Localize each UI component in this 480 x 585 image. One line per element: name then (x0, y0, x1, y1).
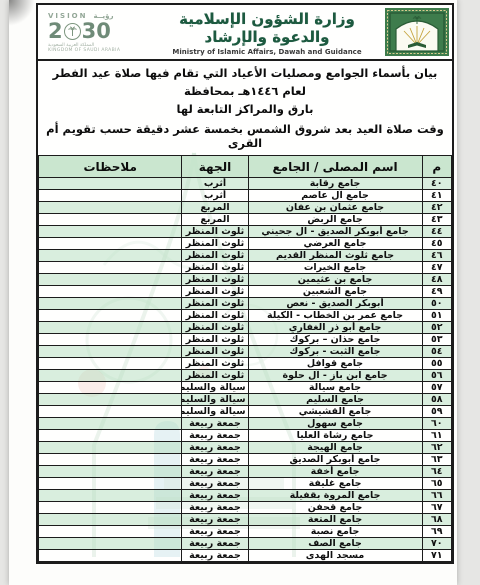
scanned-document-photo: { "header": { "vision_logo": { "vision_e… (0, 0, 480, 585)
cell-mosque-name: جامع الثبت - بركوك (248, 346, 422, 358)
table-row: ٥٩جامع القشيشيسيالة والسليم (39, 406, 452, 418)
table-row: ٦١جامع رشاة العلياجمعة ربيعة (39, 430, 452, 442)
mosque-table-body: ٤٠جامع رقابةأثرب٤١جامع آل عاصمأثرب٤٢جامع… (39, 178, 452, 562)
table-row: ٦٥جامع غليفةجمعة ربيعة (39, 478, 452, 490)
cell-notes (39, 322, 182, 334)
table-row: ٤٦جامع ثلوث المنظر القديمثلوث المنظر (39, 250, 452, 262)
table-row: ٦٣جامع أبوبكر الصديقجمعة ربيعة (39, 454, 452, 466)
cell-mosque-name: أبوبكر الصديق - نعص (248, 298, 422, 310)
header-mosque-name: اسم المصلى / الجامع (248, 156, 422, 178)
cell-notes (39, 394, 182, 406)
table-row: ٤٩جامع الشعبينثلوث المنظر (39, 286, 452, 298)
cell-mosque-name: جامع ثلوث المنظر القديم (248, 250, 422, 262)
cell-district: المربع (182, 214, 248, 226)
table-row: ٧٠جامع الصفجمعة ربيعة (39, 538, 452, 550)
ministry-name-block: وزارة الشؤون الإسلامية والدعوة والإرشاد … (150, 8, 384, 56)
cell-number: ٥٩ (422, 406, 452, 418)
cell-mosque-name: جامع القشيشي (248, 406, 422, 418)
cell-number: ٧١ (422, 550, 452, 562)
cell-district: جمعة ربيعة (182, 538, 248, 550)
cell-notes (39, 514, 182, 526)
table-row: ٥٠أبوبكر الصديق - نعصثلوث المنظر (39, 298, 452, 310)
document-frame: VISION رؤيــة 2 30 المملكة العربية السعو… (36, 3, 454, 564)
cell-number: ٤٢ (422, 202, 452, 214)
cell-mosque-name: جامع ابن باز - آل حلوة (248, 370, 422, 382)
cell-district: ثلوث المنظر (182, 226, 248, 238)
cell-mosque-name: جامع حذان – بركوك (248, 334, 422, 346)
cell-mosque-name: جامع سيالة (248, 382, 422, 394)
cell-district: جمعة ربيعة (182, 454, 248, 466)
table-row: ٦٤جامع أخفةجمعة ربيعة (39, 466, 452, 478)
cell-district: ثلوث المنظر (182, 310, 248, 322)
cell-number: ٥٨ (422, 394, 452, 406)
cell-notes (39, 526, 182, 538)
cell-number: ٥٦ (422, 370, 452, 382)
table-row: ٤١جامع آل عاصمأثرب (39, 190, 452, 202)
table-row: ٤٢جامع عثمان بن عفانالمربع (39, 202, 452, 214)
cell-district: ثلوث المنظر (182, 370, 248, 382)
cell-district: جمعة ربيعة (182, 418, 248, 430)
cell-mosque-name: جامع غليفة (248, 478, 422, 490)
table-row: ٦٨جامع المتعةجمعة ربيعة (39, 514, 452, 526)
cell-mosque-name: جامع الهيجة (248, 442, 422, 454)
cell-district: ثلوث المنظر (182, 238, 248, 250)
table-row: ٦٩جامع نصبةجمعة ربيعة (39, 526, 452, 538)
cell-mosque-name: جامع رشاة العليا (248, 430, 422, 442)
cell-notes (39, 502, 182, 514)
cell-mosque-name: جامع أخفة (248, 466, 422, 478)
cell-mosque-name: جامع الخيرات (248, 262, 422, 274)
cell-district: جمعة ربيعة (182, 502, 248, 514)
cell-district: سيالة والسليم (182, 382, 248, 394)
table-row: ٦٧جامع قحفنجمعة ربيعة (39, 502, 452, 514)
table-row: ٥٤جامع الثبت - بركوكثلوث المنظر (39, 346, 452, 358)
cell-number: ٤١ (422, 190, 452, 202)
cell-mosque-name: جامع المتعة (248, 514, 422, 526)
cell-number: ٤٣ (422, 214, 452, 226)
cell-district: جمعة ربيعة (182, 526, 248, 538)
cell-number: ٤٦ (422, 250, 452, 262)
cell-notes (39, 262, 182, 274)
cell-number: ٦٥ (422, 478, 452, 490)
cell-notes (39, 478, 182, 490)
cell-district: جمعة ربيعة (182, 490, 248, 502)
table-row: ٤٣جامع الربضالمربع (39, 214, 452, 226)
cell-district: جمعة ربيعة (182, 478, 248, 490)
cell-district: ثلوث المنظر (182, 286, 248, 298)
cell-number: ٦٧ (422, 502, 452, 514)
kingdom-name-en: KINGDOM OF SAUDI ARABIA (48, 49, 150, 54)
title-line-2: بارق والمراكز التابعة لها (44, 100, 446, 118)
cell-number: ٤٨ (422, 274, 452, 286)
table-row: ٥٥جامع قوافلثلوث المنظر (39, 358, 452, 370)
table-row: ٥٢جامع أبو ذر الغفاريثلوث المنظر (39, 322, 452, 334)
cell-number: ٥٢ (422, 322, 452, 334)
cell-number: ٥٧ (422, 382, 452, 394)
cell-number: ٤٩ (422, 286, 452, 298)
cell-district: ثلوث المنظر (182, 358, 248, 370)
cell-district: أثرب (182, 190, 248, 202)
table-row: ٥٨جامع السليمسيالة والسليم (39, 394, 452, 406)
cell-notes (39, 178, 182, 190)
cell-district: جمعة ربيعة (182, 514, 248, 526)
table-row: ٧١مسجد الهدىجمعة ربيعة (39, 550, 452, 562)
cell-notes (39, 202, 182, 214)
cell-number: ٥١ (422, 310, 452, 322)
cell-notes (39, 418, 182, 430)
cell-district: ثلوث المنظر (182, 250, 248, 262)
cell-district: المربع (182, 202, 248, 214)
cell-notes (39, 370, 182, 382)
cell-mosque-name: جامع قحفن (248, 502, 422, 514)
table-row: ٥٣جامع حذان – بركوكثلوث المنظر (39, 334, 452, 346)
header-district: الجهة (182, 156, 248, 178)
cell-notes (39, 346, 182, 358)
document-page: VISION رؤيــة 2 30 المملكة العربية السعو… (9, 0, 457, 585)
cell-notes (39, 334, 182, 346)
cell-notes (39, 250, 182, 262)
table-row: ٦٢جامع الهيجةجمعة ربيعة (39, 442, 452, 454)
cell-district: جمعة ربيعة (182, 466, 248, 478)
cell-number: ٦٤ (422, 466, 452, 478)
cell-notes (39, 298, 182, 310)
cell-mosque-name: مسجد الهدى (248, 550, 422, 562)
cell-number: ٤٤ (422, 226, 452, 238)
ministry-name-english: Ministry of Islamic Affairs, Dawah and G… (150, 48, 384, 56)
vision-year-prefix: 2 (48, 21, 63, 42)
table-header-row: م اسم المصلى / الجامع الجهة ملاحظات (39, 156, 452, 178)
cell-district: ثلوث المنظر (182, 322, 248, 334)
cell-mosque-name: جامع عثمان بن عفان (248, 202, 422, 214)
cell-number: ٦٨ (422, 514, 452, 526)
cell-notes (39, 406, 182, 418)
document-header: VISION رؤيــة 2 30 المملكة العربية السعو… (38, 5, 452, 61)
table-row: ٤٨جامع بن عثيمينثلوث المنظر (39, 274, 452, 286)
cell-district: سيالة والسليم (182, 394, 248, 406)
cell-notes (39, 490, 182, 502)
cell-notes (39, 214, 182, 226)
cell-notes (39, 430, 182, 442)
cell-notes (39, 358, 182, 370)
cell-district: أثرب (182, 178, 248, 190)
palm-tree-glyph (68, 26, 77, 37)
cell-notes (39, 382, 182, 394)
cell-district: ثلوث المنظر (182, 298, 248, 310)
cell-notes (39, 286, 182, 298)
cell-number: ٦١ (422, 430, 452, 442)
cell-district: ثلوث المنظر (182, 334, 248, 346)
cell-number: ٤٥ (422, 238, 452, 250)
header-number: م (422, 156, 452, 178)
cell-notes (39, 310, 182, 322)
cell-mosque-name: جامع المروة بقفيلة (248, 490, 422, 502)
cell-district: ثلوث المنظر (182, 346, 248, 358)
cell-district: جمعة ربيعة (182, 442, 248, 454)
cell-district: جمعة ربيعة (182, 430, 248, 442)
table-row: ٦٦جامع المروة بقفيلةجمعة ربيعة (39, 490, 452, 502)
cell-notes (39, 442, 182, 454)
cell-notes (39, 190, 182, 202)
cell-district: جمعة ربيعة (182, 550, 248, 562)
vision-2030-year: 2 30 (48, 21, 150, 42)
cell-number: ٤٠ (422, 178, 452, 190)
cell-mosque-name: جامع بن عثيمين (248, 274, 422, 286)
vision-kingdom-text: المملكة العربية السعودية KINGDOM OF SAUD… (48, 44, 150, 53)
cell-number: ٤٧ (422, 262, 452, 274)
cell-mosque-name: جامع العرضي (248, 238, 422, 250)
ministry-name-arabic-calligraphy: وزارة الشؤون الإسلامية والدعوة والإرشاد (150, 10, 384, 46)
header-notes: ملاحظات (39, 156, 182, 178)
table-row: ٥١جامع عمر بن الخطاب - الكيلةثلوث المنظر (39, 310, 452, 322)
cell-mosque-name: جامع الربض (248, 214, 422, 226)
cell-notes (39, 238, 182, 250)
palm-tree-icon (64, 23, 81, 40)
cell-number: ٧٠ (422, 538, 452, 550)
cell-mosque-name: جامع عمر بن الخطاب - الكيلة (248, 310, 422, 322)
cell-mosque-name: جامع قوافل (248, 358, 422, 370)
cell-mosque-name: جامع الشعبين (248, 286, 422, 298)
cell-number: ٦٦ (422, 490, 452, 502)
cell-mosque-name: جامع نصبة (248, 526, 422, 538)
cell-district: سيالة والسليم (182, 406, 248, 418)
cell-mosque-name: جامع آل عاصم (248, 190, 422, 202)
cell-number: ٥٣ (422, 334, 452, 346)
cell-district: ثلوث المنظر (182, 262, 248, 274)
cell-district: ثلوث المنظر (182, 274, 248, 286)
cell-mosque-name: جامع أبوبكر الصديق (248, 454, 422, 466)
cell-notes (39, 274, 182, 286)
document-title: بيان بأسماء الجوامع ومصليات الأعياد التي… (38, 61, 452, 118)
table-row: ٤٥جامع العرضيثلوث المنظر (39, 238, 452, 250)
table-row: ٦٠جامع سهولجمعة ربيعة (39, 418, 452, 430)
prayer-time-note: وقت صلاة العيد بعد شروق الشمس بخمسة عشر … (38, 118, 452, 155)
cell-number: ٦٩ (422, 526, 452, 538)
cell-number: ٦٠ (422, 418, 452, 430)
cell-number: ٥٤ (422, 346, 452, 358)
cell-mosque-name: جامع أبو ذر الغفاري (248, 322, 422, 334)
title-line-1: بيان بأسماء الجوامع ومصليات الأعياد التي… (44, 64, 446, 100)
cell-notes (39, 466, 182, 478)
cell-notes (39, 454, 182, 466)
vision-year-suffix: 30 (82, 21, 111, 42)
vision-2030-logo: VISION رؤيــة 2 30 المملكة العربية السعو… (38, 11, 150, 53)
mosque-table: م اسم المصلى / الجامع الجهة ملاحظات ٤٠جا… (38, 155, 452, 562)
table-row: ٥٦جامع ابن باز - آل حلوةثلوث المنظر (39, 370, 452, 382)
cell-mosque-name: جامع سهول (248, 418, 422, 430)
cell-number: ٦٣ (422, 454, 452, 466)
ministry-emblem-icon (384, 7, 450, 57)
table-row: ٤٤جامع أبوبكر الصديق - آل جحينيثلوث المن… (39, 226, 452, 238)
cell-notes (39, 538, 182, 550)
cell-number: ٦٢ (422, 442, 452, 454)
cell-number: ٥٠ (422, 298, 452, 310)
cell-mosque-name: جامع الصف (248, 538, 422, 550)
table-row: ٥٧جامع سيالةسيالة والسليم (39, 382, 452, 394)
cell-mosque-name: جامع رقابة (248, 178, 422, 190)
cell-mosque-name: جامع أبوبكر الصديق - آل جحيني (248, 226, 422, 238)
table-row: ٤٧جامع الخيراتثلوث المنظر (39, 262, 452, 274)
photo-corner-shadow (9, 0, 35, 26)
cell-notes (39, 550, 182, 562)
table-row: ٤٠جامع رقابةأثرب (39, 178, 452, 190)
cell-number: ٥٥ (422, 358, 452, 370)
cell-mosque-name: جامع السليم (248, 394, 422, 406)
cell-notes (39, 226, 182, 238)
